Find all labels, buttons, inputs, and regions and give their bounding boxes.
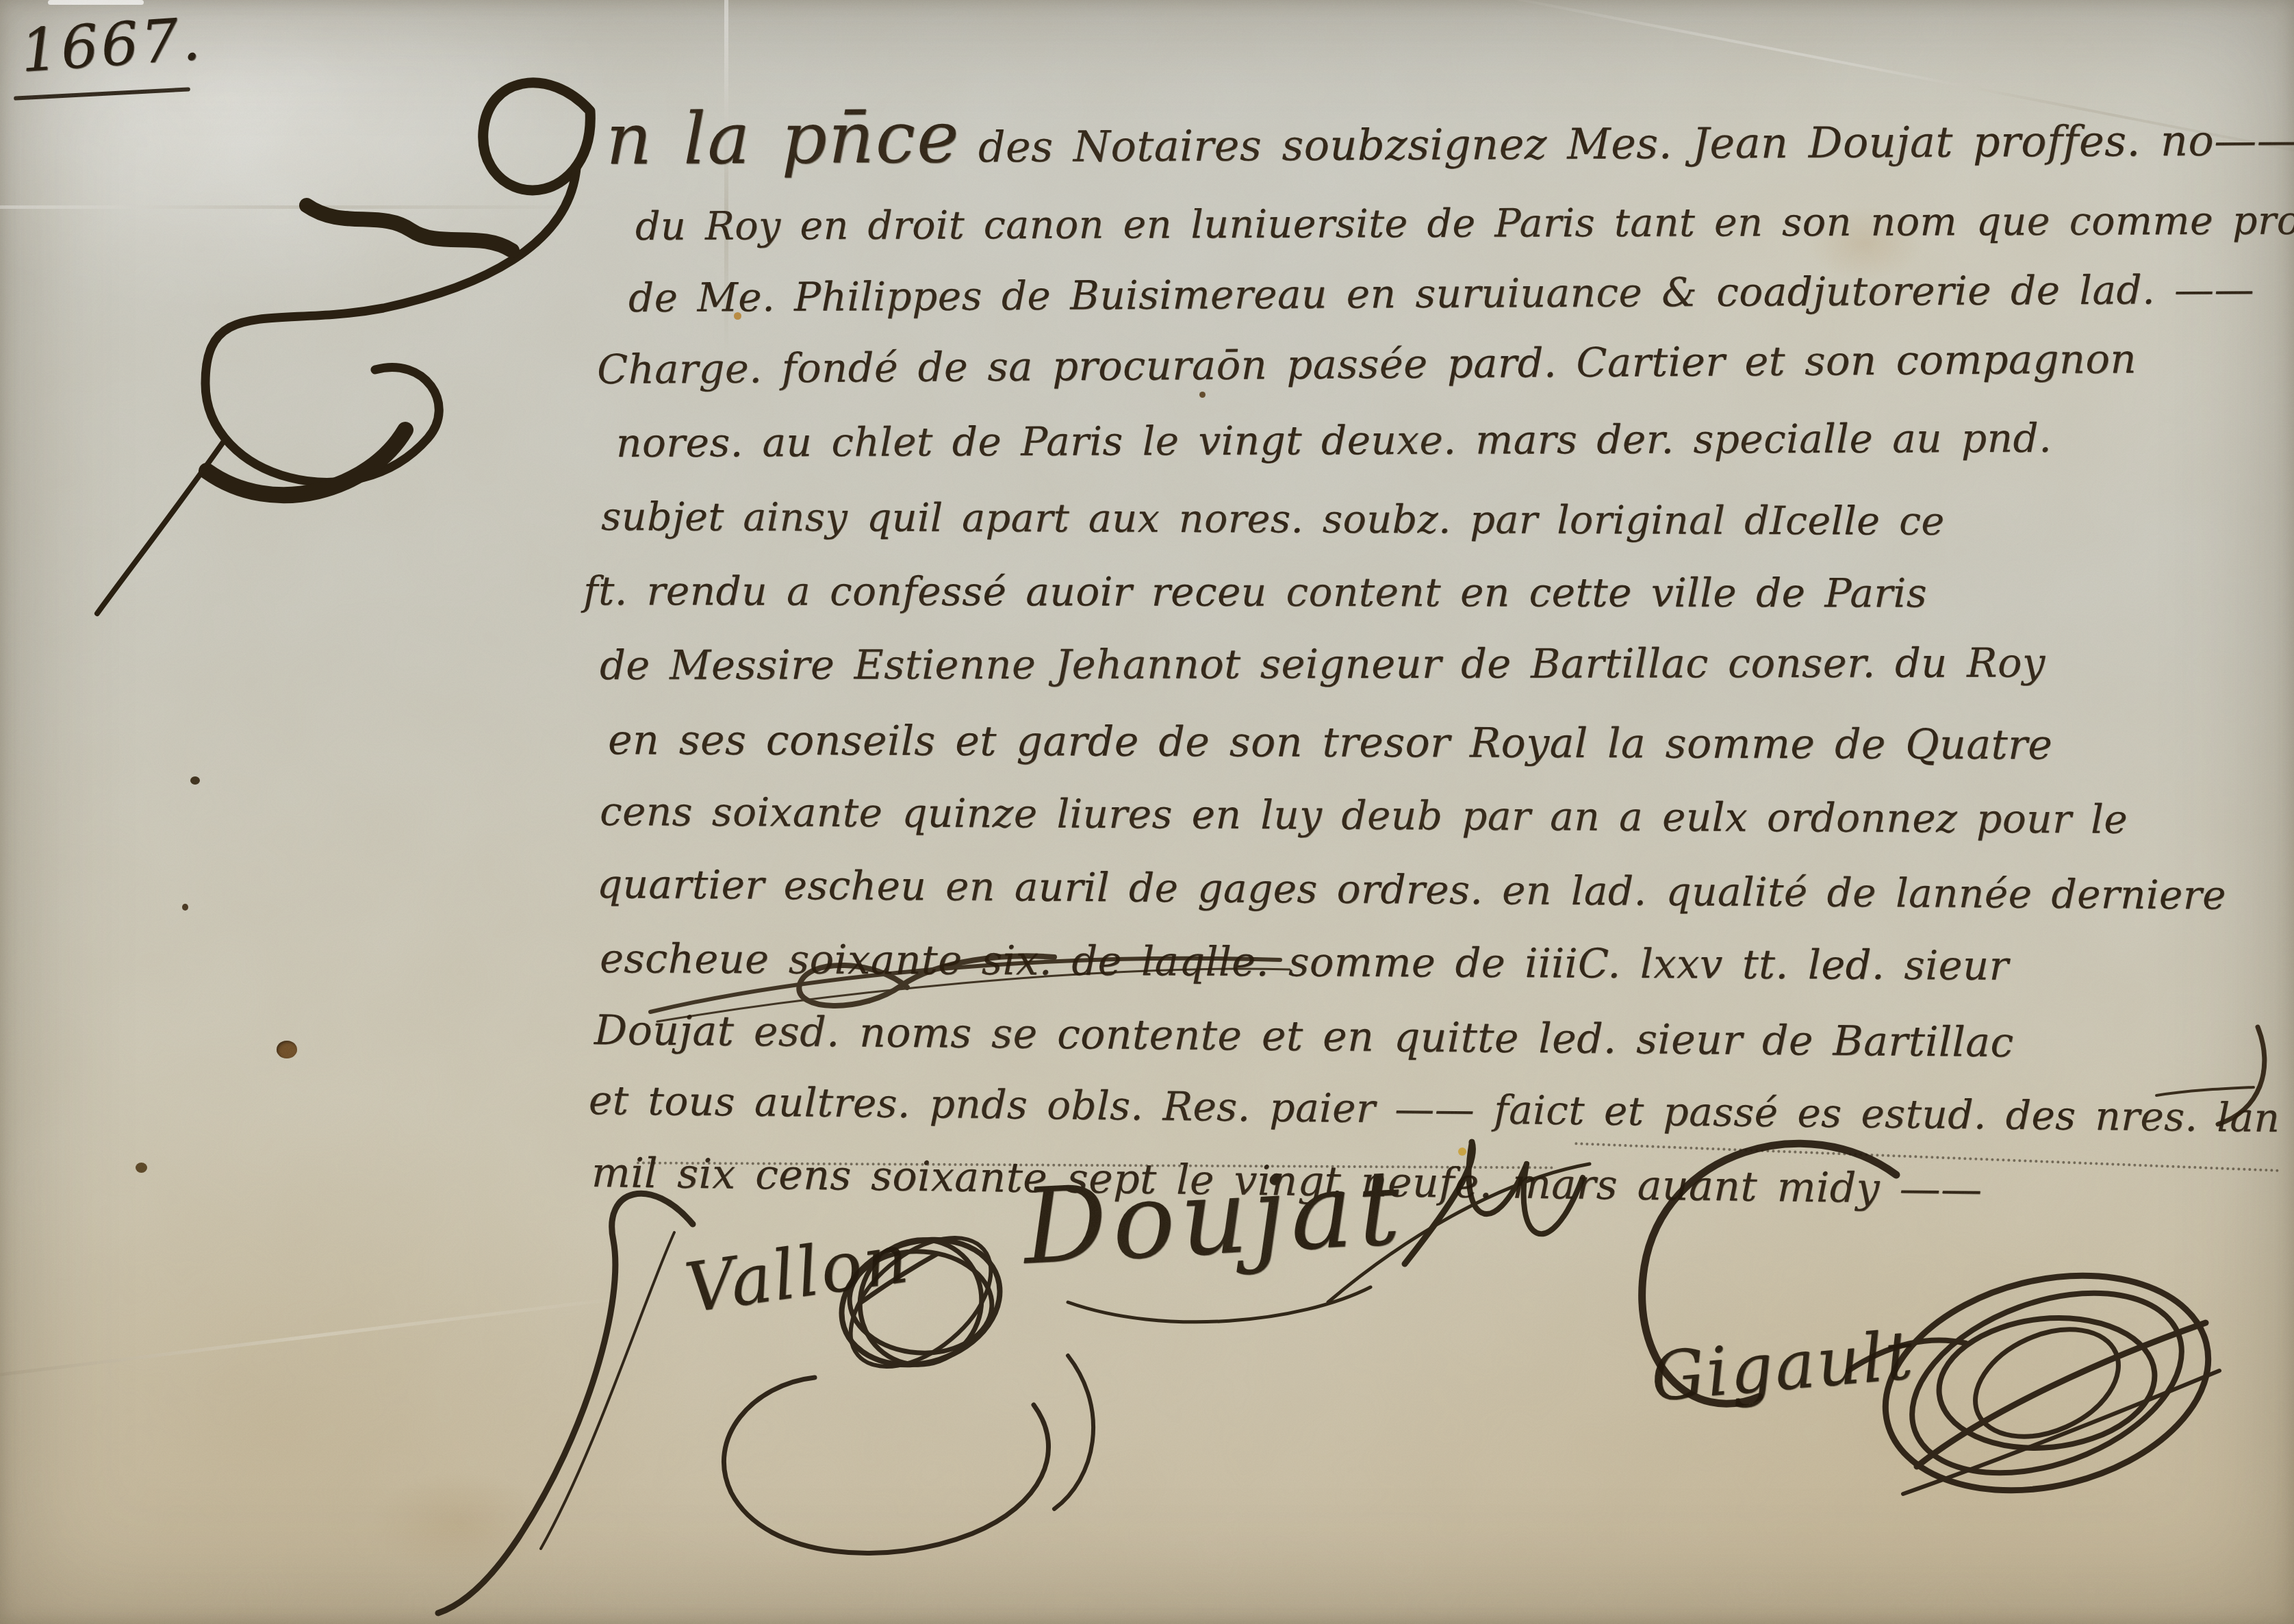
manuscript-line: et tous aultres. pnds obls. Res. paier —… [589,1079,2280,1141]
crease-horizontal-left [0,205,602,209]
signature-doujat: Doujat [1020,1147,1408,1288]
decorated-initial-letter: E [0,0,1,1]
paper-edge-highlight-top [48,0,144,5]
manuscript-line: de Messire Estienne Jehannot seigneur de… [600,641,2046,688]
manuscript-line: escheue soixante six. de laqlle. somme d… [600,937,2009,989]
manuscript-line: de Me. Philippes de Buisimereau en surui… [628,268,2254,320]
manuscript-line: nores. au chlet de Paris le vingt deuxe.… [616,417,2052,466]
opening-words: n la pn̄ce [606,98,960,178]
year-label: 1667. [18,5,205,86]
signature-gigault: Gigault [1648,1317,1917,1417]
line-text: des Notaires soubzsignez Mes. Jean Douja… [978,117,2294,170]
wormhole [182,904,188,911]
wormhole [190,776,200,785]
manuscript-line: ft. rendu a confessé auoir receu content… [583,570,1927,616]
initial-e-flourish [97,83,590,613]
manuscript-line: subjet ainsy quil apart aux nores. soubz… [601,496,1945,544]
wormhole [136,1163,147,1173]
ink-speck [1199,392,1206,398]
paper-hole [277,1041,297,1058]
signature-vallon: Vallon [680,1218,915,1329]
manuscript-line: quartier escheu en auril de gages ordres… [597,863,2226,917]
manuscript-line: Charge. fondé de sa procuraōn passée par… [597,337,2137,392]
manuscript-line: Doujat esd. noms se contente et en quitt… [594,1008,2014,1065]
manuscript-line: du Roy en droit canon en luniuersite de … [635,199,2294,249]
manuscript-page: 1667. E n la pn̄ce des Notaires soubzsig… [0,0,2294,1624]
foxing-stain [370,1472,548,1575]
year-underline [14,87,190,100]
manuscript-line: en ses conseils et garde de son tresor R… [608,718,2053,767]
manuscript-line: cens soixante quinze liures en luy deub … [600,790,2128,841]
manuscript-line: n la pn̄ce des Notaires soubzsignez Mes.… [606,91,2294,178]
crease-diagonal-bottom-left [0,1294,641,1379]
